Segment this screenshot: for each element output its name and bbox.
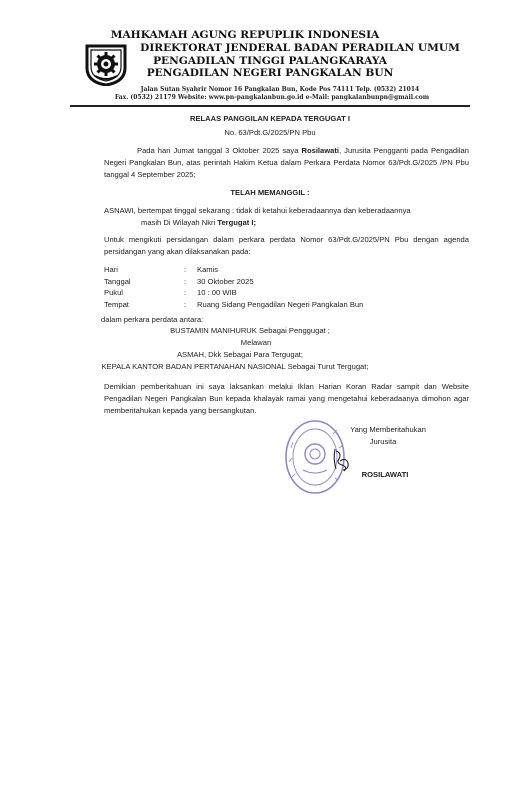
letterhead-line-2: DIREKTORAT JENDERAL BADAN PERADILAN UMUM [140, 42, 460, 54]
schedule-label: Pukul [104, 287, 184, 299]
summoned-location: masih Di Wilayah Nkri [141, 218, 217, 227]
document-number: No. 63/Pdt.G/2025/PN Pbu [60, 128, 480, 137]
signature-caption: Yang Memberitahukan [318, 425, 458, 434]
document-title: RELAAS PANGGILAN KEPADA TERGUGAT I [60, 114, 480, 123]
schedule-table: Hari:Kamis Tanggal:30 Oktober 2025 Pukul… [104, 264, 363, 310]
letterhead-line-3: PENGADILAN TINGGI PALANGKARAYA [100, 55, 440, 67]
summoned-role: Tergugat I; [217, 218, 256, 227]
schedule-row: Tanggal:30 Oktober 2025 [104, 276, 363, 288]
schedule-value: 10 : 00 WIB [197, 287, 237, 299]
summoned-line-1: ASNAWI, bertempat tinggal sekarang : tid… [104, 205, 469, 217]
summoned-paragraph: ASNAWI, bertempat tinggal sekarang : tid… [104, 205, 469, 229]
schedule-value: Kamis [197, 264, 218, 276]
agenda-intro: Untuk mengikuti persidangan dalam perkar… [104, 234, 469, 258]
schedule-colon: : [184, 276, 197, 288]
party-co-defendant: KEPALA KANTOR BADAN PERTANAHAN NASIONAL … [25, 362, 445, 371]
party-versus: Melawan [46, 338, 466, 347]
letterhead-line-4: PENGADILAN NEGERI PANGKALAN BUN [95, 67, 445, 79]
parties-intro: dalam perkara perdata antara: [101, 315, 203, 324]
schedule-label: Hari [104, 264, 184, 276]
letterhead-divider [70, 105, 470, 107]
schedule-value: 30 Oktober 2025 [197, 276, 254, 288]
schedule-row: Hari:Kamis [104, 264, 363, 276]
schedule-colon: : [184, 264, 197, 276]
schedule-colon: : [184, 287, 197, 299]
summoned-heading: TELAH MEMANGGIL : [60, 188, 480, 197]
schedule-colon: : [184, 299, 197, 311]
party-defendants: ASMAH, Dkk Sebagai Para Tergugat; [30, 350, 450, 359]
closing-paragraph: Demikian pemberitahuan ini saya laksanka… [104, 381, 469, 417]
schedule-row: Tempat:Ruang Sidang Pengadilan Negeri Pa… [104, 299, 363, 311]
officer-name: Rosilawati [301, 146, 339, 155]
signature-role: Jurusita [328, 437, 438, 446]
opening-paragraph: Pada hari Jumat tanggal 3 Oktober 2025 s… [104, 145, 469, 181]
party-plaintiff: BUSTAMIN MANIHURUK Sebagai Penggugat ; [40, 326, 460, 335]
opening-text: Pada hari Jumat tanggal 3 Oktober 2025 s… [137, 146, 301, 155]
letterhead-line-1: MAHKAMAH AGUNG REPUPLIK INDONESIA [95, 29, 395, 41]
signer-name: ROSILAWATI [315, 470, 455, 479]
document-page: MAHKAMAH AGUNG REPUPLIK INDONESIA DIREKT… [0, 0, 523, 800]
summoned-line-2: masih Di Wilayah Nkri Tergugat I; [104, 217, 469, 229]
letterhead-address: Jalan Sutan Syahrir Nomor 16 Pangkalan B… [80, 86, 480, 93]
schedule-label: Tanggal [104, 276, 184, 288]
schedule-row: Pukul:10 : 00 WIB [104, 287, 363, 299]
letterhead-contact: Fax. (0532) 21179 Website: www.pn-pangka… [72, 94, 472, 101]
schedule-value: Ruang Sidang Pengadilan Negeri Pangkalan… [197, 299, 363, 311]
schedule-label: Tempat [104, 299, 184, 311]
